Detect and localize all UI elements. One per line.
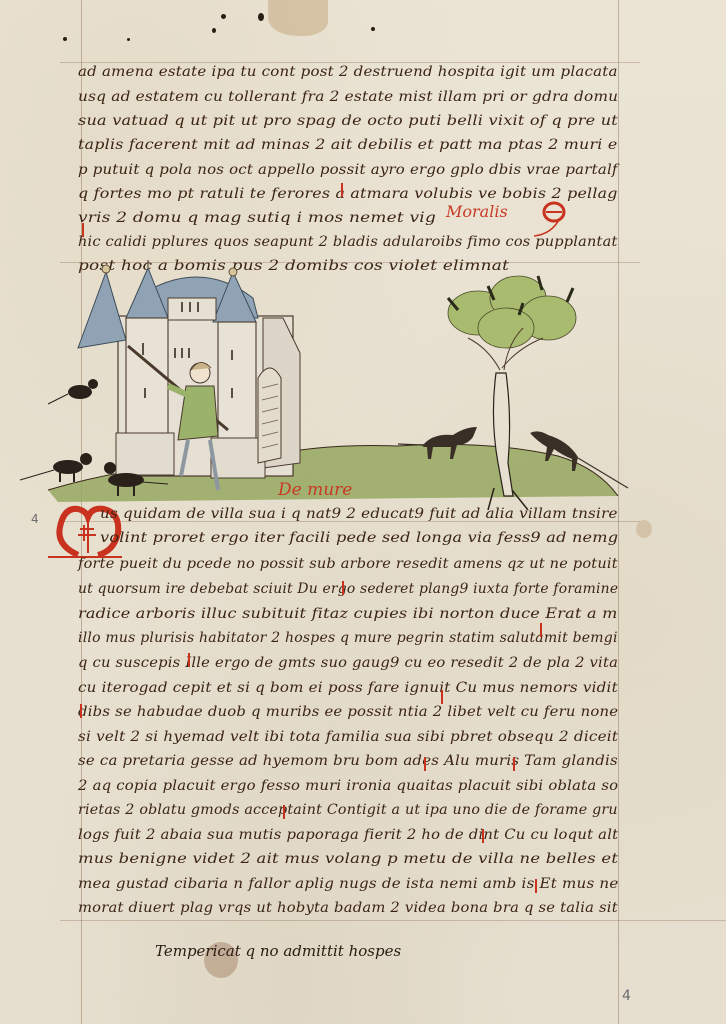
text-line: us quidam de villa sua i q nat9 2 educat… — [100, 506, 618, 522]
wormhole — [221, 14, 226, 19]
rubric-de-mure: De mure — [278, 480, 352, 500]
wormhole — [258, 13, 264, 21]
text-line: cu iterogad cepit et si q bom ei poss fa… — [78, 680, 618, 696]
text-line: vris 2 domu q mag sutiq i mos nemet vig — [78, 210, 436, 226]
rubric-moralis: Moralis — [446, 202, 508, 221]
text-line: taplis facerent mit ad minas 2 ait debil… — [78, 137, 618, 153]
mouse-left-flying — [48, 379, 98, 404]
text-line: 2 aq copia placuit ergo fesso muri ironi… — [78, 778, 618, 794]
wormhole — [212, 28, 216, 33]
red-initial-stroke — [441, 690, 443, 704]
red-initial-stroke — [342, 581, 344, 595]
wormhole — [127, 38, 130, 41]
text-line: ad amena estate ipa tu cont post 2 destr… — [78, 64, 618, 80]
margin-stain — [636, 520, 652, 538]
text-line: mus benigne videt 2 ait mus volang p met… — [78, 851, 618, 867]
ruling-right — [618, 0, 619, 1024]
text-line: volint proret ergo iter facili pede sed … — [100, 530, 618, 546]
red-initial-stroke — [188, 653, 190, 667]
red-initial-stroke — [513, 757, 515, 771]
text-line: dibs se habudae duob q muribs ee possit … — [78, 704, 618, 720]
text-line: radice arboris illuc subituit fitaz cupi… — [78, 606, 618, 622]
ruling-top — [60, 62, 640, 63]
text-line: logs fuit 2 abaia sua mutis paporaga fie… — [78, 827, 618, 843]
red-initial-stroke — [540, 623, 542, 637]
red-initial-stroke — [535, 879, 537, 893]
tree-foliage — [448, 276, 576, 348]
wormhole — [63, 37, 67, 41]
text-line: mea gustad cibaria n fallor aplig nugs d… — [78, 876, 619, 892]
manuscript-page: ad amena estate ipa tu cont post 2 destr… — [0, 0, 726, 1024]
page-number: 4 — [622, 988, 631, 1004]
text-line: se ca pretaria gesse ad hyemom bru bom a… — [78, 753, 618, 769]
margin-number: 4 — [31, 512, 39, 526]
red-initial-stroke — [80, 704, 82, 718]
red-initial-stroke — [482, 829, 484, 843]
text-line: illo mus plurisis habitator 2 hospes q m… — [78, 630, 618, 646]
text-line: q cu suscepis Ille ergo de gmts suo gaug… — [78, 655, 618, 671]
wormhole — [371, 27, 375, 31]
text-line: p putuit q pola nos oct appello possit a… — [78, 162, 618, 178]
red-paragraph-mark-icon — [530, 198, 580, 238]
catchword: Tempericat q no admittit hospes — [155, 942, 401, 960]
text-line: usq ad estatem cu tollerant fra 2 estate… — [78, 89, 618, 105]
text-line: rietas 2 oblatu gmods acceptaint Contigi… — [78, 802, 618, 818]
red-initial-stroke — [283, 805, 285, 819]
text-line: si velt 2 si hyemad velt ibi tota famili… — [78, 729, 618, 745]
ruling-bottom — [60, 920, 726, 921]
text-line: morat diuert plag vrqs ut hobyta badam 2… — [78, 900, 618, 916]
text-line: forte pueit du pcede no possit sub arbor… — [78, 556, 618, 572]
text-line: ut quorsum ire debebat sciuit Du ergo se… — [78, 581, 618, 597]
mouse-bottom-left — [20, 453, 92, 482]
water-stain — [268, 0, 328, 36]
red-initial-stroke — [424, 757, 426, 771]
red-initial-stroke — [341, 183, 343, 197]
red-initial-stroke — [82, 223, 84, 237]
text-line: sua vatuad q ut pit ut pro spag de octo … — [78, 113, 618, 129]
illustration-mouse-fable — [18, 258, 638, 510]
